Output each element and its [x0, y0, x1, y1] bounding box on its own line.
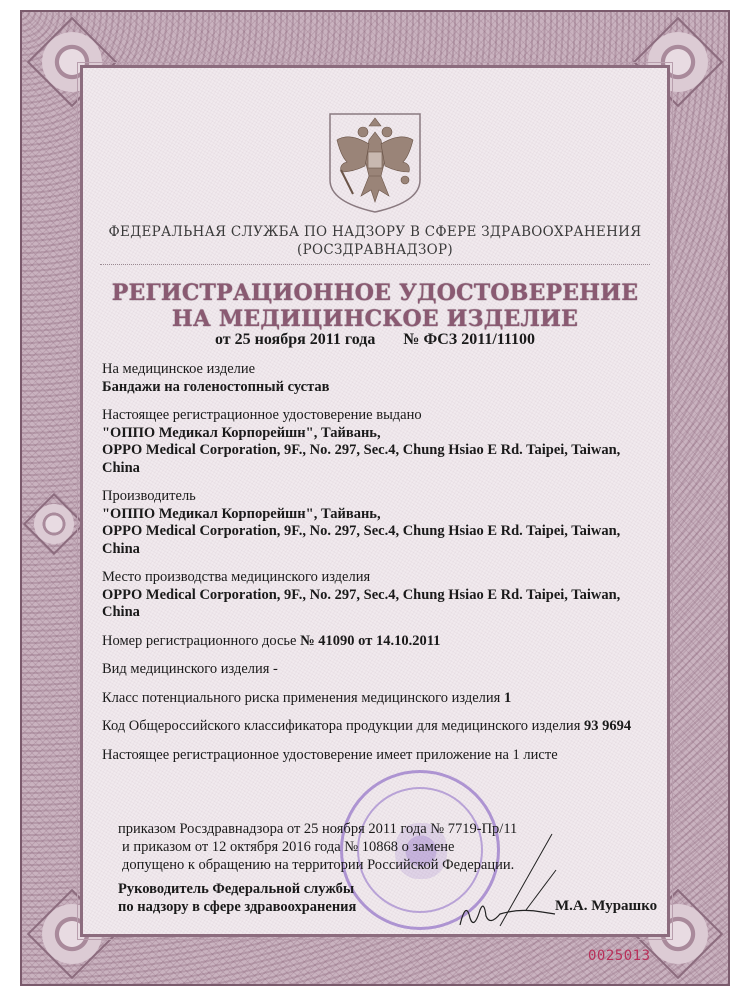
- device-value: Бандажи на голеностопный сустав: [102, 379, 662, 397]
- okp-section: Код Общероссийского классификатора проду…: [102, 718, 662, 736]
- place-section: Место производства медицинского изделия …: [102, 569, 662, 622]
- appendix-section: Настоящее регистрационное удостоверение …: [102, 747, 662, 765]
- okp-label: Код Общероссийского классификатора проду…: [102, 718, 580, 734]
- side-ornament-icon: [23, 493, 85, 555]
- place-label: Место производства медицинского изделия: [102, 569, 662, 587]
- document-title: РЕГИСТРАЦИОННОЕ УДОСТОВЕРЕНИЕ: [100, 280, 650, 306]
- order-line-3: допущено к обращению на территории Росси…: [118, 856, 638, 874]
- coat-of-arms-icon: [325, 110, 425, 214]
- okp-value: 93 9694: [584, 718, 631, 734]
- dossier-value: № 41090 от 14.10.2011: [300, 633, 440, 649]
- signature-icon: [430, 830, 560, 940]
- agency-abbreviation: (РОСЗДРАВНАДЗОР): [100, 242, 650, 258]
- order-line-2: и приказом от 12 октября 2016 года № 108…: [118, 838, 638, 856]
- signatory-title: Руководитель Федеральной службы по надзо…: [118, 880, 356, 916]
- certificate-body: На медицинское изделие Бандажи на голено…: [102, 361, 662, 775]
- agency-name: ФЕДЕРАЛЬНАЯ СЛУЖБА ПО НАДЗОРУ В СФЕРЕ ЗД…: [100, 224, 650, 240]
- order-text: приказом Росздравнадзора от 25 ноября 20…: [118, 820, 638, 874]
- type-label: Вид медицинского изделия -: [102, 661, 278, 677]
- divider: [100, 264, 650, 265]
- manufacturer-label: Производитель: [102, 488, 662, 506]
- type-section: Вид медицинского изделия -: [102, 661, 662, 679]
- device-label: На медицинское изделие: [102, 361, 662, 379]
- dossier-section: Номер регистрационного досье № 41090 от …: [102, 633, 662, 651]
- issued-label: Настоящее регистрационное удостоверение …: [102, 407, 662, 425]
- document-subtitle: НА МЕДИЦИНСКОЕ ИЗДЕЛИЕ: [100, 306, 650, 332]
- issued-address: OPPO Medical Corporation, 9F., No. 297, …: [102, 442, 662, 460]
- device-section: На медицинское изделие Бандажи на голено…: [102, 361, 662, 396]
- signatory-name: М.А. Мурашко: [555, 898, 657, 915]
- signatory-title-line-2: по надзору в сфере здравоохранения: [118, 898, 356, 916]
- manufacturer-value: "ОППО Медикал Корпорейшн", Тайвань,: [102, 506, 662, 524]
- issue-date: от 25 ноября 2011 года: [215, 331, 375, 348]
- place-country: China: [102, 604, 662, 622]
- risk-value: 1: [504, 690, 511, 706]
- place-address: OPPO Medical Corporation, 9F., No. 297, …: [102, 587, 662, 605]
- date-and-number: от 25 ноября 2011 года№ ФСЗ 2011/11100: [100, 331, 650, 349]
- risk-label: Класс потенциального риска применения ме…: [102, 690, 500, 706]
- manufacturer-section: Производитель "ОППО Медикал Корпорейшн",…: [102, 488, 662, 558]
- risk-section: Класс потенциального риска применения ме…: [102, 690, 662, 708]
- signatory-title-line-1: Руководитель Федеральной службы: [118, 880, 356, 898]
- certificate-number: № ФСЗ 2011/11100: [403, 331, 535, 348]
- issued-value: "ОППО Медикал Корпорейшн", Тайвань,: [102, 425, 662, 443]
- dossier-label: Номер регистрационного досье: [102, 633, 296, 649]
- manufacturer-country: China: [102, 541, 662, 559]
- manufacturer-address: OPPO Medical Corporation, 9F., No. 297, …: [102, 523, 662, 541]
- order-line-1: приказом Росздравнадзора от 25 ноября 20…: [118, 820, 638, 838]
- appendix-text: Настоящее регистрационное удостоверение …: [102, 747, 558, 763]
- issued-section: Настоящее регистрационное удостоверение …: [102, 407, 662, 477]
- issued-country: China: [102, 460, 662, 478]
- serial-number: 0025013: [588, 948, 651, 964]
